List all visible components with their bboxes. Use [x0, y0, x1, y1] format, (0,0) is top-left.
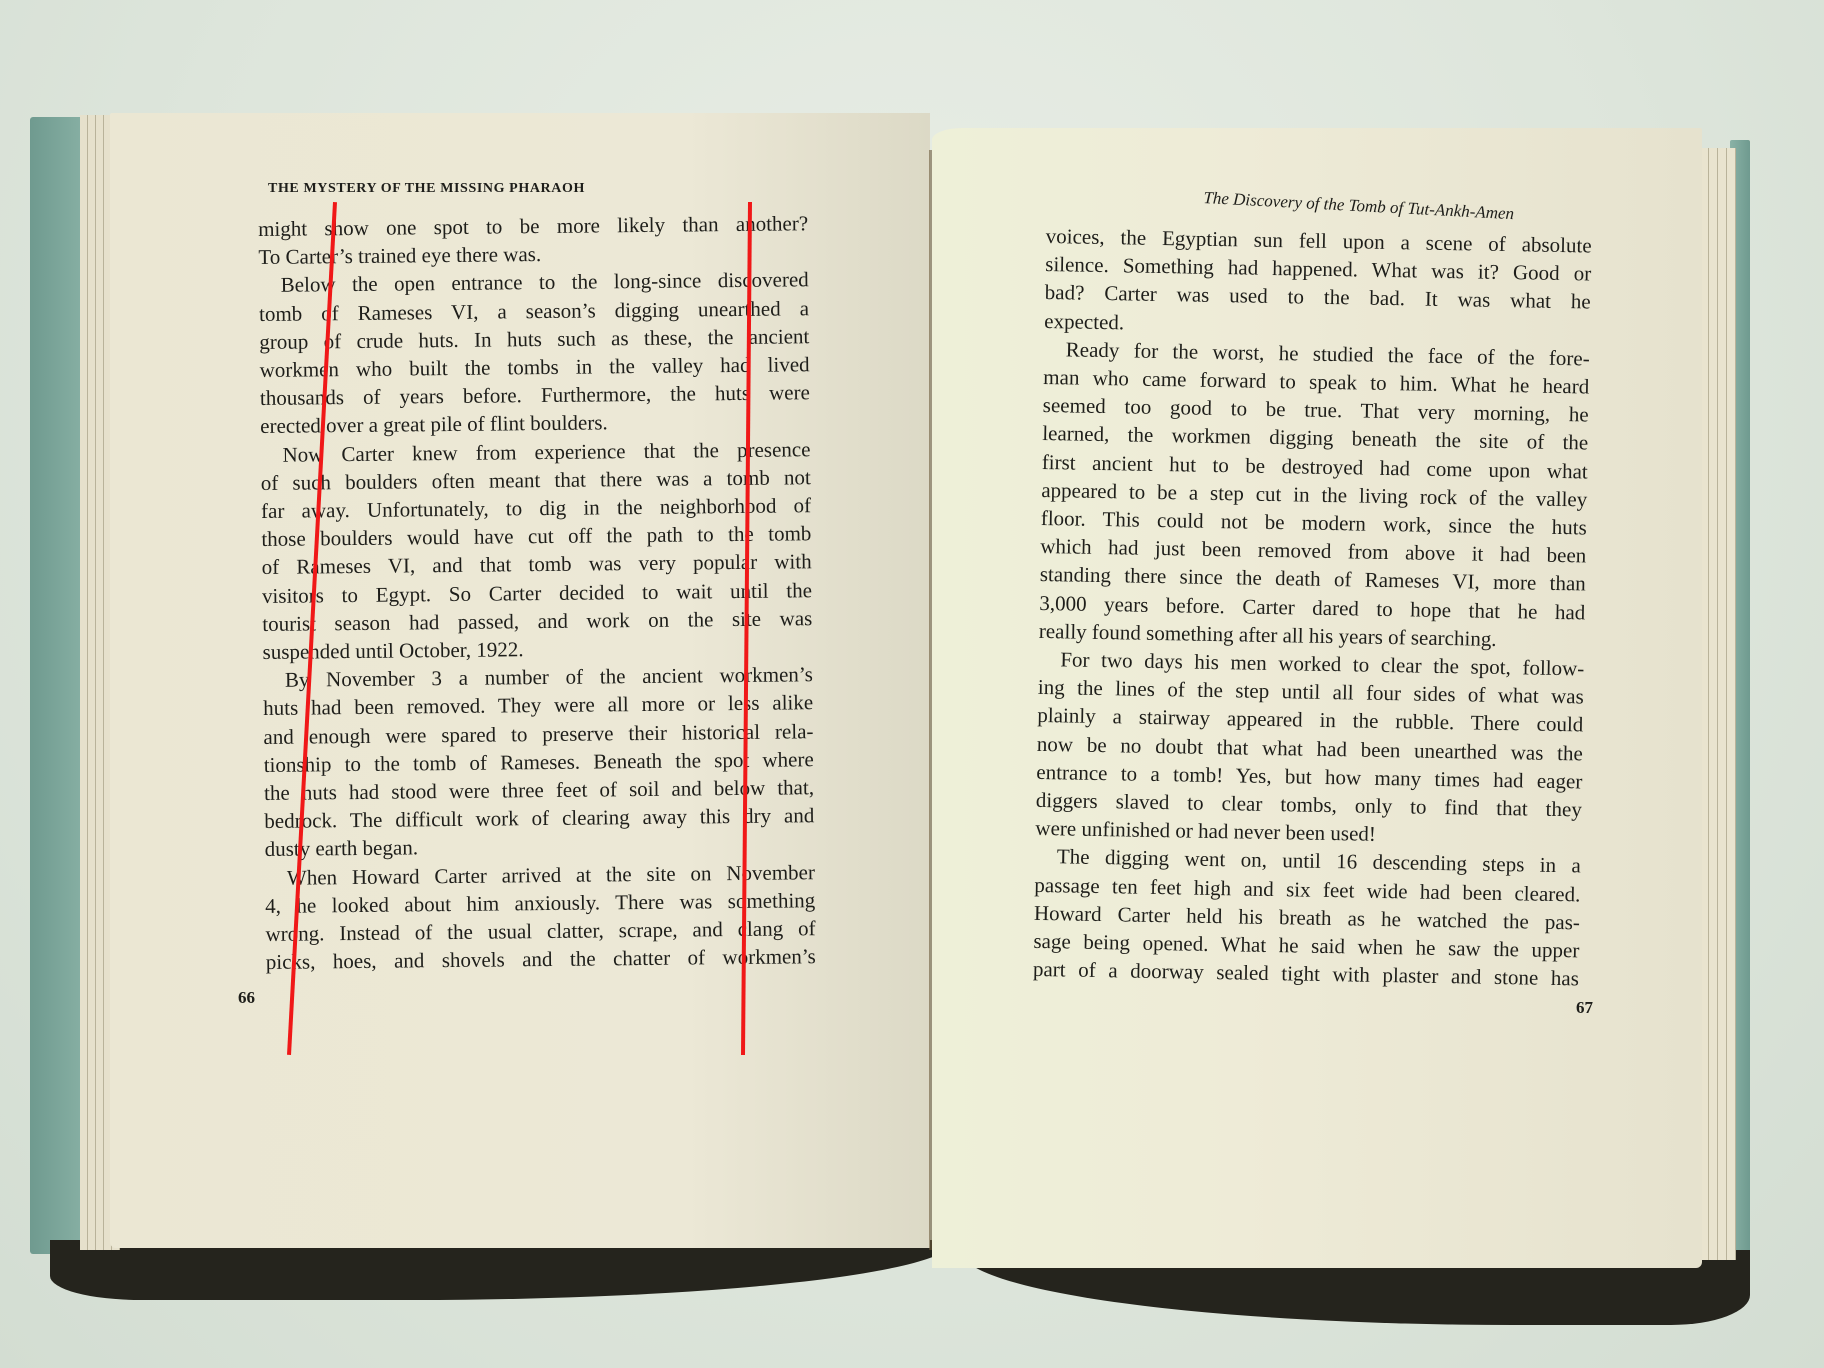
page-stack-right — [1700, 148, 1736, 1260]
text-line: picks, hoes, and shovels and the chatter… — [266, 942, 816, 976]
book-shadow-left — [50, 1240, 955, 1300]
running-head-left: THE MYSTERY OF THE MISSING PHARAOH — [268, 181, 585, 197]
text-line: might show one spot to be more likely th… — [258, 209, 808, 243]
page-number-right: 67 — [1576, 998, 1593, 1018]
page-number-left: 66 — [238, 988, 255, 1008]
book-gutter — [929, 150, 932, 1250]
text-line: tourist season had passed, and work on t… — [262, 604, 812, 638]
left-page-body: might show one spot to be more likely th… — [258, 209, 816, 976]
right-page-body: voices, the Egyptian sun fell upon a sce… — [1033, 222, 1592, 993]
